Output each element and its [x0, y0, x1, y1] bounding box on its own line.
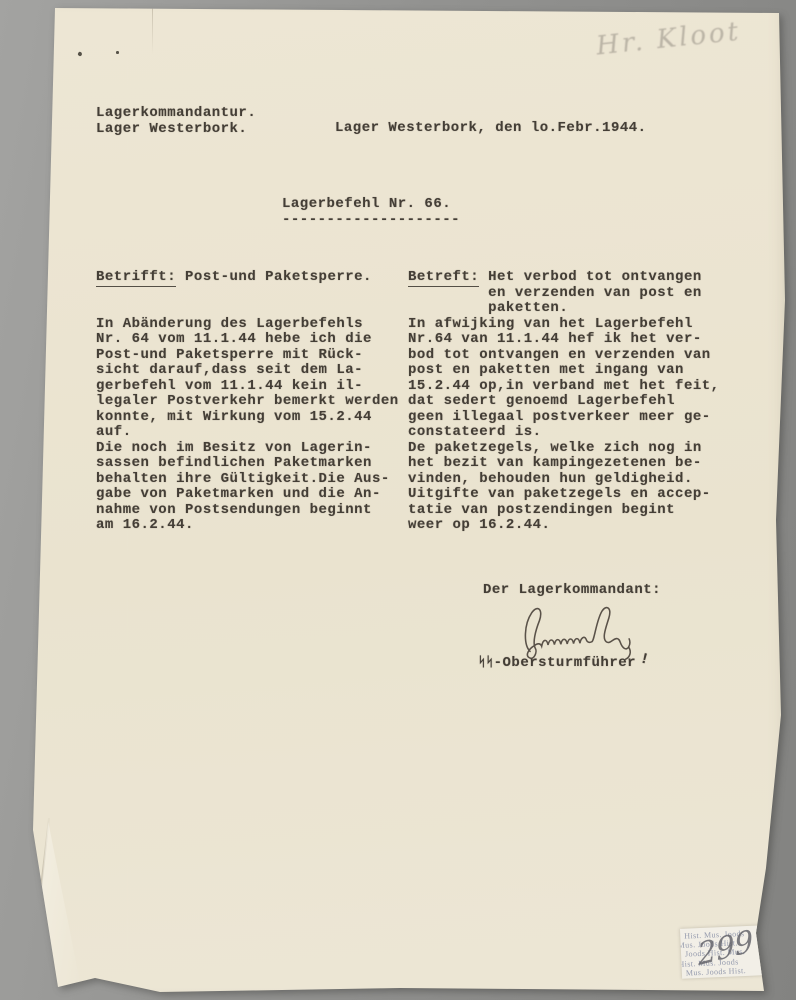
paragraphs-right: In afwijking van het Lagerbefehl Nr.64 v…: [408, 316, 720, 534]
order-title-underline: --------------------: [282, 213, 460, 229]
scanned-document: Hr. Kloot Lagerkommandantur. Lager Weste…: [0, 0, 796, 1000]
paper-surface: Hr. Kloot Lagerkommandantur. Lager Weste…: [0, 0, 796, 1000]
subject-label-left: Betrifft:: [96, 269, 176, 287]
order-title: Lagerbefehl Nr. 66.: [282, 197, 460, 213]
archive-sticker: Hist. Mus. Joods Mus. Joods Hist. Joods …: [680, 925, 766, 979]
signer-title: Der Lagerkommandant:: [483, 583, 661, 599]
dateline: Lager Westerbork, den lo.Febr.1944.: [335, 121, 647, 137]
body-left-german: Betrifft: Post-und Paketsperre. In Abänd…: [96, 270, 399, 534]
ink-speck: [77, 51, 82, 56]
ink-speck: [116, 51, 119, 54]
subject-text-left: Post-und Paketsperre.: [176, 269, 372, 285]
handwritten-exclamation: !: [638, 651, 651, 668]
sender-address: Lagerkommandantur. Lager Westerbork.: [96, 106, 256, 137]
paper-crease-top: [152, 8, 153, 54]
paper-sheet: Hr. Kloot Lagerkommandantur. Lager Weste…: [0, 0, 796, 1000]
rank-line: ᛋᛋ-Obersturmführer!: [478, 655, 649, 672]
order-title-block: Lagerbefehl Nr. 66. --------------------: [282, 197, 460, 228]
paper-fold-corner: [30, 822, 82, 992]
ss-runes: ᛋᛋ: [478, 655, 494, 670]
body-right-dutch: Betreft: Het verbod tot ontvangen en ver…: [408, 270, 720, 534]
pencil-annotation: Hr. Kloot: [595, 16, 743, 61]
paragraphs-left: In Abänderung des Lagerbefehls Nr. 64 vo…: [96, 316, 399, 534]
rank-text: -Obersturmführer: [494, 655, 636, 671]
